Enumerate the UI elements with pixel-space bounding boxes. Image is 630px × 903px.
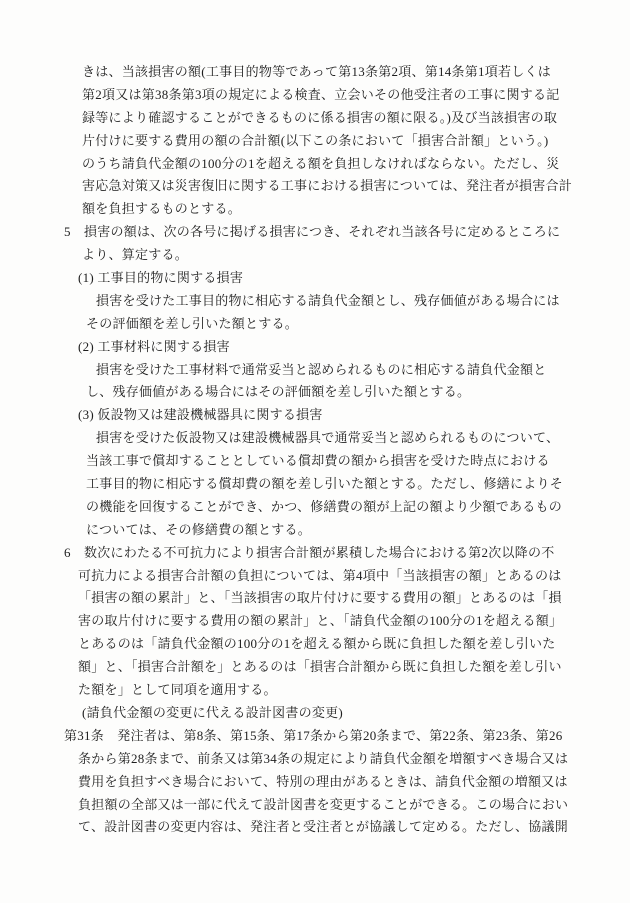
text-line-33: 負担額の全部又は一部に代えて設計図書を変更することができる。この場合におい <box>64 794 574 817</box>
text-line-29: (請負代金額の変更に代える設計図書の変更) <box>64 702 574 725</box>
text-line-21: については、その修繕費の額とする。 <box>64 519 574 542</box>
text-line-1: きは、当該損害の額(工事目的物等であって第13条第2項、第14条第1項若しくは <box>64 61 574 84</box>
text-line-31: 条から第28条まで、前条又は第34条の規定により請負代金額を増額すべき場合又は <box>64 748 574 771</box>
text-line-8: 5 損害の額は、次の各号に掲げる損害につき、それぞれ当該各号に定めるところに <box>64 221 574 244</box>
text-line-18: 当該工事で償却することとしている償却費の額から損害を受けた時点における <box>64 450 574 473</box>
text-line-2: 第2項又は第38条第3項の規定による検査、立会いその他受注者の工事に関する記 <box>64 84 574 107</box>
text-line-24: 「損害の額の累計」と、「当該損害の取片付けに要する費用の額」とあるのは「損 <box>64 587 574 610</box>
text-line-14: 損害を受けた工事材料で通常妥当と認められるものに相応する請負代金額と <box>64 359 574 382</box>
text-line-28: た額を」として同項を適用する。 <box>64 679 574 702</box>
text-line-20: の機能を回復することができ、かつ、修繕費の額が上記の額より少額であるもの <box>64 496 574 519</box>
text-line-11: 損害を受けた工事目的物に相応する請負代金額とし、残存価値がある場合には <box>64 290 574 313</box>
text-line-19: 工事目的物に相応する償却費の額を差し引いた額とする。ただし、修繕によりそ <box>64 473 574 496</box>
text-line-3: 録等により確認することができるものに係る損害の額に限る。)及び当該損害の取 <box>64 107 574 130</box>
text-line-5: のうち請負代金額の100分の1を超える額を負担しなければならない。ただし、災 <box>64 153 574 176</box>
text-line-12: その評価額を差し引いた額とする。 <box>64 313 574 336</box>
text-line-26: とあるのは「請負代金額の100分の1を超える額から既に負担した額を差し引いた <box>64 633 574 656</box>
text-line-23: 可抗力による損害合計額の負担については、第4項中「当該損害の額」とあるのは <box>64 565 574 588</box>
text-line-16: (3) 仮設物又は建設機械器具に関する損害 <box>64 404 574 427</box>
text-line-4: 片付けに要する費用の額の合計額(以下この条において「損害合計額」という。) <box>64 130 574 153</box>
document-page: きは、当該損害の額(工事目的物等であって第13条第2項、第14条第1項若しくは第… <box>0 0 630 903</box>
text-line-32: 費用を負担すべき場合において、特別の理由があるときは、請負代金額の増額又は <box>64 771 574 794</box>
text-line-27: 額」と、「損害合計額を」とあるのは「損害合計額から既に負担した額を差し引い <box>64 656 574 679</box>
document-text-block: きは、当該損害の額(工事目的物等であって第13条第2項、第14条第1項若しくは第… <box>64 61 574 839</box>
text-line-15: し、残存価値がある場合にはその評価額を差し引いた額とする。 <box>64 381 574 404</box>
text-line-13: (2) 工事材料に関する損害 <box>64 336 574 359</box>
text-line-17: 損害を受けた仮設物又は建設機械器具で通常妥当と認められるものについて、 <box>64 427 574 450</box>
text-line-10: (1) 工事目的物に関する損害 <box>64 267 574 290</box>
text-line-22: 6 数次にわたる不可抗力により損害合計額が累積した場合における第2次以降の不 <box>64 542 574 565</box>
text-line-7: 額を負担するものとする。 <box>64 198 574 221</box>
text-line-25: 害の取片付けに要する費用の額の累計」と、「請負代金額の100分の1を超える額」 <box>64 610 574 633</box>
text-line-34: て、設計図書の変更内容は、発注者と受注者とが協議して定める。ただし、協議開 <box>64 816 574 839</box>
text-line-9: より、算定する。 <box>64 244 574 267</box>
text-line-30: 第31条 発注者は、第8条、第15条、第17条から第20条まで、第22条、第23… <box>64 725 574 748</box>
text-line-6: 害応急対策又は災害復旧に関する工事における損害については、発注者が損害合計 <box>64 175 574 198</box>
